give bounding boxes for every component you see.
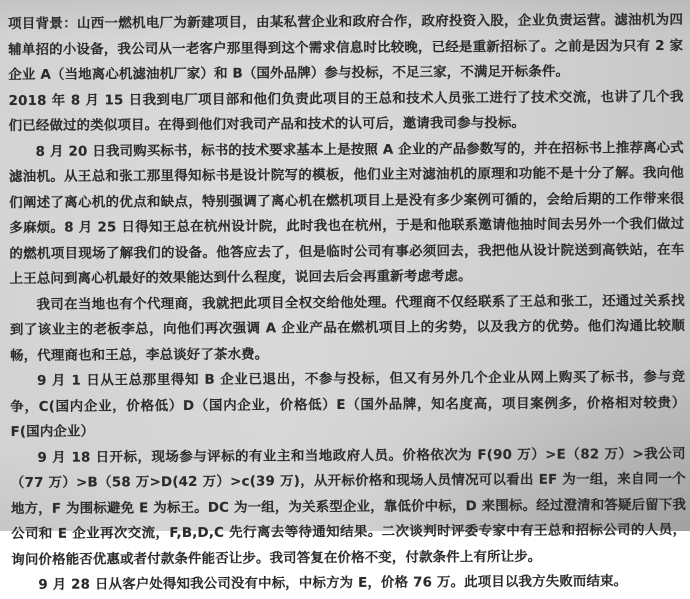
paragraph-sep1-competitors: 9 月 1 日从王总那里得知 B 企业已退出，不参与投标，但又有另外几个企业从网… [10, 365, 685, 446]
paragraph-sep18-bid-opening: 9 月 18 日开标，现场参与评标的有业主和当地政府人员。价格依次为 F(90 … [11, 441, 687, 531]
paragraph-local-agent: 我司在当地也有个代理商，我就把此项目全权交给他处理。代理商不仅经联系了王总和张工… [10, 288, 685, 369]
paragraph-aug15-technical-exchange: 2018 年 8 月 15 日我到电厂项目部和他们负责此项目的王总和技术人员张工… [8, 84, 683, 139]
paragraph-aug20-bid-document: 8 月 20 日我司购买标书，标书的技术要求基本上是按照 A 企业的产品参数写的… [9, 135, 685, 292]
document-body: 项目背景：山西一燃机电厂为新建项目，由某私营企业和政府合作，政府投资入股，企业负… [8, 8, 687, 531]
document-page: 项目背景：山西一燃机电厂为新建项目，由某私营企业和政府合作，政府投资入股，企业负… [0, 0, 690, 531]
paragraph-project-background: 项目背景：山西一燃机电厂为新建项目，由某私营企业和政府合作，政府投资入股，企业负… [8, 8, 683, 89]
